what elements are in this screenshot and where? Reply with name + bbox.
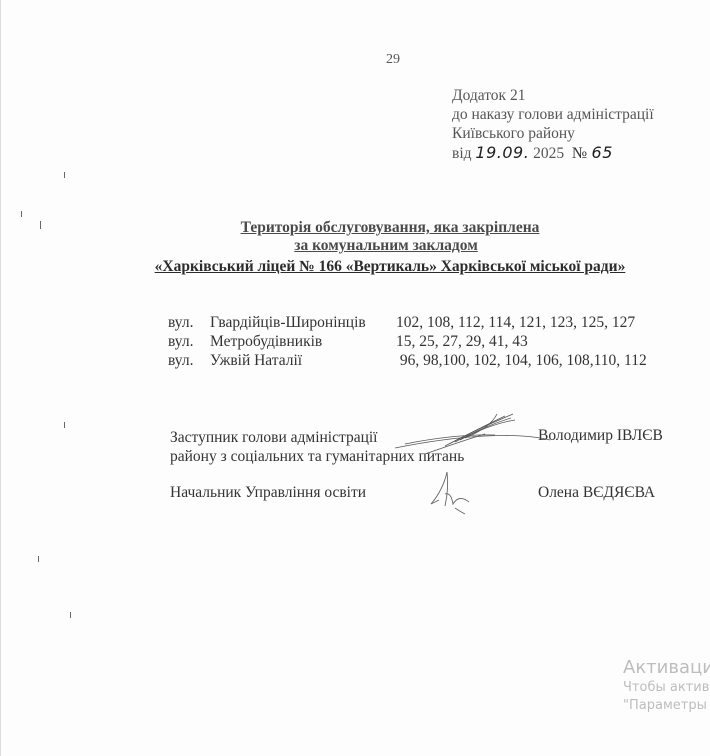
house-numbers: 102, 108, 112, 114, 121, 123, 125, 127: [396, 313, 635, 332]
watermark-title: Активаци: [623, 657, 710, 679]
street-row: вул. Ужвій Наталії 96, 98,100, 102, 104,…: [168, 351, 647, 370]
street-row: вул. Метробудівників 15, 25, 27, 29, 41,…: [168, 332, 647, 351]
title-line-3: «Харківський ліцей № 166 «Вертикаль» Хар…: [0, 258, 710, 276]
year: 2025: [533, 145, 564, 162]
signatory-2-name: Олена ВЄДЯЄВА: [538, 484, 655, 502]
signatory-1-name: Володимир ІВЛЄВ: [538, 427, 663, 445]
page-number: 29: [386, 52, 400, 68]
scan-speck: [64, 172, 65, 178]
signature-2-icon: [425, 470, 485, 515]
street-row: вул. Гвардійців-Широнінців 102, 108, 112…: [168, 313, 647, 332]
scan-speck: [70, 612, 71, 618]
watermark-line: Чтобы актив: [623, 679, 710, 697]
house-numbers: 15, 25, 27, 29, 41, 43: [396, 332, 528, 351]
watermark-line: "Параметры: [623, 697, 710, 715]
street-prefix: вул.: [168, 351, 210, 370]
scan-speck: [38, 556, 39, 562]
scan-speck: [21, 211, 22, 217]
street-prefix: вул.: [168, 332, 210, 351]
date-prefix: від: [452, 145, 472, 162]
street-name: Гвардійців-Широнінців: [210, 313, 396, 332]
annex-header: Додаток 21 до наказу голови адміністраці…: [452, 86, 654, 163]
number-sign: №: [572, 145, 588, 162]
annex-title: Додаток 21: [452, 86, 654, 105]
signature-1-icon: [385, 410, 555, 460]
handwritten-number: 65: [592, 143, 613, 162]
annex-date-line: від 19.09. 2025 № 65: [452, 143, 654, 163]
title-line-1: Територія обслуговування, яка закріплена: [0, 219, 710, 237]
house-numbers: 96, 98,100, 102, 104, 106, 108,110, 112: [396, 351, 647, 370]
street-name: Метробудівників: [210, 332, 396, 351]
annex-district: Київського району: [452, 124, 654, 143]
windows-activation-watermark: Активаци Чтобы актив "Параметры: [623, 657, 710, 715]
scan-speck: [64, 422, 65, 428]
street-list: вул. Гвардійців-Широнінців 102, 108, 112…: [168, 313, 647, 370]
handwritten-date: 19.09.: [475, 143, 529, 162]
annex-order: до наказу голови адміністрації: [452, 105, 654, 124]
signatory-2-position: Начальник Управління освіти: [170, 484, 366, 502]
street-name: Ужвій Наталії: [210, 351, 396, 370]
street-prefix: вул.: [168, 313, 210, 332]
title-line-2: за комунальним закладом: [0, 237, 710, 255]
scan-speck: [0, 0, 1, 756]
